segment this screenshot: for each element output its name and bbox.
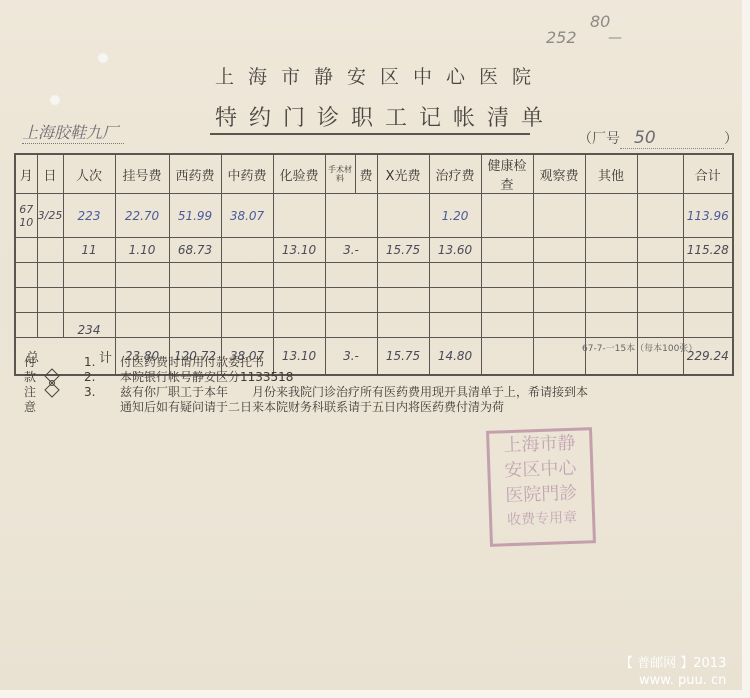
factory-number-close: ） [724, 131, 738, 147]
scan-edge-bottom [0, 690, 750, 698]
pencil-note-dash: — [608, 30, 622, 46]
col-western-medicine: 西药费 [169, 154, 221, 194]
col-visits: 人次 [63, 154, 115, 194]
table-row: 234 [15, 313, 733, 338]
col-other: 其他 [585, 154, 637, 194]
title-underline [210, 133, 530, 135]
col-checkup: 健康检查 [481, 154, 533, 194]
factory-number: （厂号50） [578, 128, 738, 149]
document-title: 特约门诊职工记帐清单 [215, 101, 545, 132]
col-lab: 化验费 [273, 154, 325, 194]
print-info: 67-7-一15本（每本100张） [582, 341, 697, 354]
pencil-note-left: 252 [546, 28, 577, 47]
note-item: 1.付医药费时请用付款委托书 [84, 355, 750, 370]
col-observation: 观察费 [533, 154, 585, 194]
col-treatment: 治疗费 [429, 154, 481, 194]
table-row [15, 263, 733, 288]
note-item: 通知后如有疑问请于二日来本院财务科联系请于五日内将医药费付清为荷 [84, 400, 750, 415]
watermark: 【 普邮网 】2013 www. puu. cn [620, 655, 726, 689]
col-blank [637, 154, 683, 194]
col-day: 日 [37, 154, 63, 194]
notes-items: 1.付医药费时请用付款委托书 2.本院银行帐号静安区分1133518 3.兹有你… [84, 355, 750, 415]
punch-hole [97, 52, 109, 64]
note-item: 3.兹有你厂职工于本年 月份来我院门诊治疗所有医药费用现开具清单于上，希请接到本 [84, 385, 750, 400]
col-surgical-fee: 费 [355, 154, 377, 194]
col-total: 合计 [683, 154, 733, 194]
scan-edge-right [742, 0, 750, 698]
note-item: 2.本院银行帐号静安区分1133518 [84, 370, 750, 385]
col-surgical-material: 手术材料 [325, 154, 355, 194]
factory-name: 上海胶鞋九厂 [22, 120, 124, 144]
factory-number-value: 50 [620, 128, 724, 149]
col-month: 月 [15, 154, 37, 194]
punch-hole [49, 94, 61, 106]
factory-number-label: （厂号 [578, 131, 620, 147]
pencil-note-top: 80 [590, 12, 610, 31]
table-header-row: 月 日 人次 挂号费 西药费 中药费 化验费 手术材料 费 X光费 治疗费 健康… [15, 154, 733, 194]
table-row: 11 1.10 68.73 13.10 3.- 15.75 13.60 115.… [15, 238, 733, 263]
table-row [15, 288, 733, 313]
hospital-seal-stamp: 上海市静 安区中心 医院門診 收费专用章 [486, 427, 596, 547]
col-xray: X光费 [377, 154, 429, 194]
notes-side-label: 付 款 注 意 [24, 355, 40, 415]
col-chinese-medicine: 中药费 [221, 154, 273, 194]
table-row: 67 10 3/25 223 22.70 51.99 38.07 1.20 11… [15, 194, 733, 238]
diamond-ornament-icon [44, 368, 60, 398]
hospital-name: 上海市静安区中心医院 [215, 62, 545, 89]
col-registration: 挂号费 [115, 154, 169, 194]
